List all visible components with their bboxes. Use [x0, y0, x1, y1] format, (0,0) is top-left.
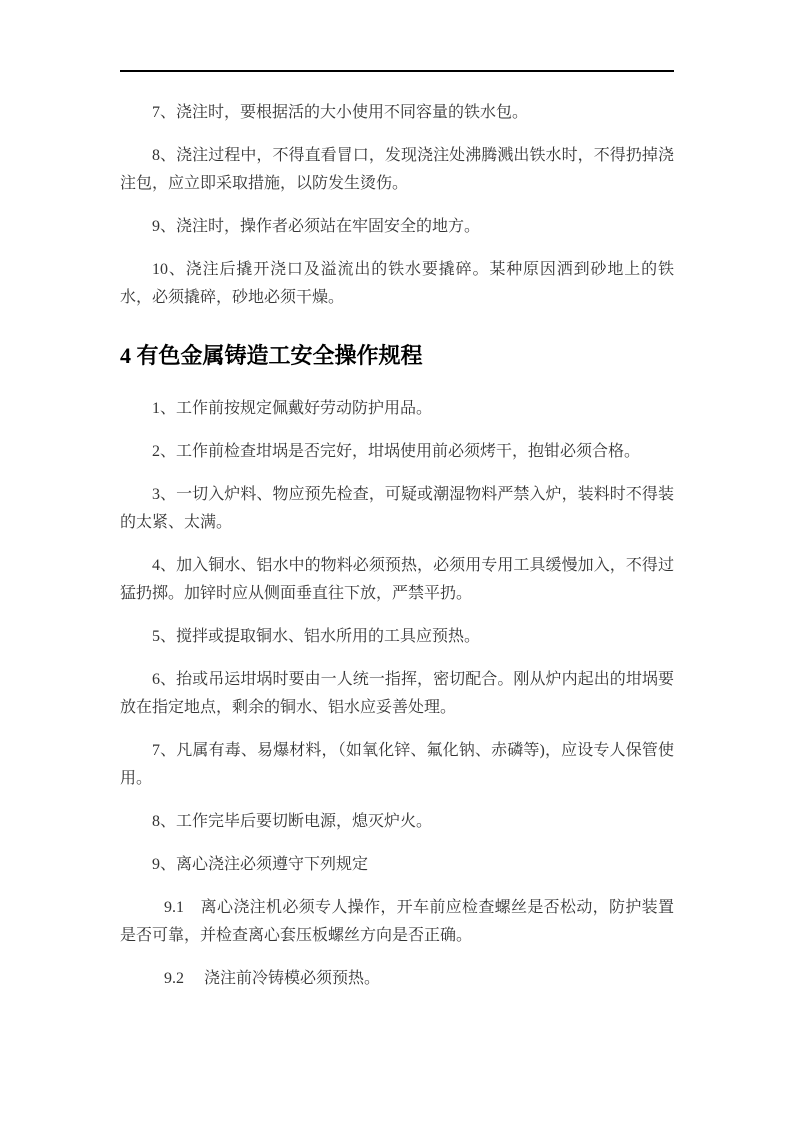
- rule-para-5: 5、搅拌或提取铜水、铝水所用的工具应预热。: [120, 623, 674, 651]
- document-page: 7、浇注时，要根据活的大小使用不同容量的铁水包。 8、浇注过程中，不得直看冒口，…: [0, 0, 793, 1122]
- intro-para-10: 10、浇注后撬开浇口及溢流出的铁水要撬碎。某种原因洒到砂地上的铁水，必须撬碎，砂…: [120, 256, 674, 312]
- intro-para-8: 8、浇注过程中，不得直看冒口，发现浇注处沸腾溅出铁水时，不得扔掉浇注包，应立即采…: [120, 142, 674, 198]
- rule-para-6: 6、抬或吊运坩埚时要由一人统一指挥，密切配合。刚从炉内起出的坩埚要放在指定地点，…: [120, 666, 674, 722]
- intro-para-9: 9、浇注时，操作者必须站在牢固安全的地方。: [120, 213, 674, 241]
- rule-para-4: 4、加入铜水、铝水中的物料必须预热，必须用专用工具缓慢加入，不得过猛扔掷。加锌时…: [120, 552, 674, 608]
- rule-para-7: 7、凡属有毒、易爆材料，（如氧化锌、氟化钠、赤磷等)，应设专人保管使用。: [120, 737, 674, 793]
- intro-para-7: 7、浇注时，要根据活的大小使用不同容量的铁水包。: [120, 99, 674, 127]
- rule-para-9: 9、离心浇注必须遵守下列规定: [120, 851, 674, 879]
- document-content: 7、浇注时，要根据活的大小使用不同容量的铁水包。 8、浇注过程中，不得直看冒口，…: [120, 99, 674, 1008]
- rule-para-8: 8、工作完毕后要切断电源，熄灭炉火。: [120, 808, 674, 836]
- sub-para-9-2: 9.2 浇注前冷铸模必须预热。: [120, 965, 674, 993]
- sub-para-9-1: 9.1 离心浇注机必须专人操作，开车前应检查螺丝是否松动，防护装置是否可靠，并检…: [120, 894, 674, 950]
- section-heading: 4 有色金属铸造工安全操作规程: [120, 339, 674, 372]
- rule-para-2: 2、工作前检查坩埚是否完好，坩埚使用前必须烤干，抱钳必须合格。: [120, 438, 674, 466]
- rule-para-3: 3、一切入炉料、物应预先检查，可疑或潮湿物料严禁入炉，装料时不得装的太紧、太满。: [120, 481, 674, 537]
- header-rule: [120, 70, 674, 72]
- rule-para-1: 1、工作前按规定佩戴好劳动防护用品。: [120, 395, 674, 423]
